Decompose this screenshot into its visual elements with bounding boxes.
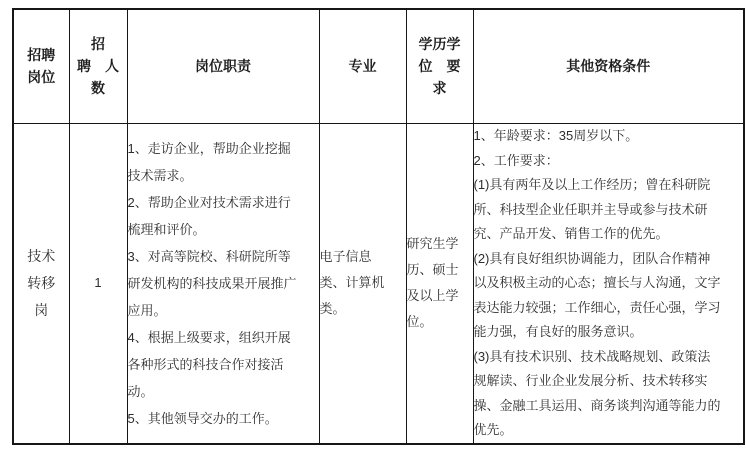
col-header-qualifications: 其他资格条件 [473, 9, 744, 123]
cell-major: 电子信息 类、计算机 类。 [319, 123, 406, 444]
cell-position: 技术 转移 岗 [13, 123, 69, 444]
col-header-education: 学历学 位 要 求 [406, 9, 473, 123]
col-header-major: 专业 [319, 9, 406, 123]
table-row: 技术 转移 岗 1 1、走访企业，帮助企业挖掘 技术需求。 2、帮助企业对技术需… [13, 123, 744, 444]
cell-headcount: 1 [69, 123, 127, 444]
cell-duties: 1、走访企业，帮助企业挖掘 技术需求。 2、帮助企业对技术需求进行 梳理和评价。… [127, 123, 319, 444]
col-header-position: 招聘 岗位 [13, 9, 69, 123]
recruitment-table: 招聘 岗位 招 聘 人 数 岗位职责 专业 学历学 位 要 求 其他资格条件 技… [12, 8, 745, 445]
col-header-headcount: 招 聘 人 数 [69, 9, 127, 123]
page-background: 招聘 岗位 招 聘 人 数 岗位职责 专业 学历学 位 要 求 其他资格条件 技… [0, 0, 746, 449]
col-header-duties: 岗位职责 [127, 9, 319, 123]
table-header-row: 招聘 岗位 招 聘 人 数 岗位职责 专业 学历学 位 要 求 其他资格条件 [13, 9, 744, 123]
cell-education: 研究生学 历、硕士 及以上学 位。 [406, 123, 473, 444]
cell-qualifications: 1、年龄要求：35周岁以下。 2、工作要求： (1)具有两年及以上工作经历；曾在… [473, 123, 744, 444]
